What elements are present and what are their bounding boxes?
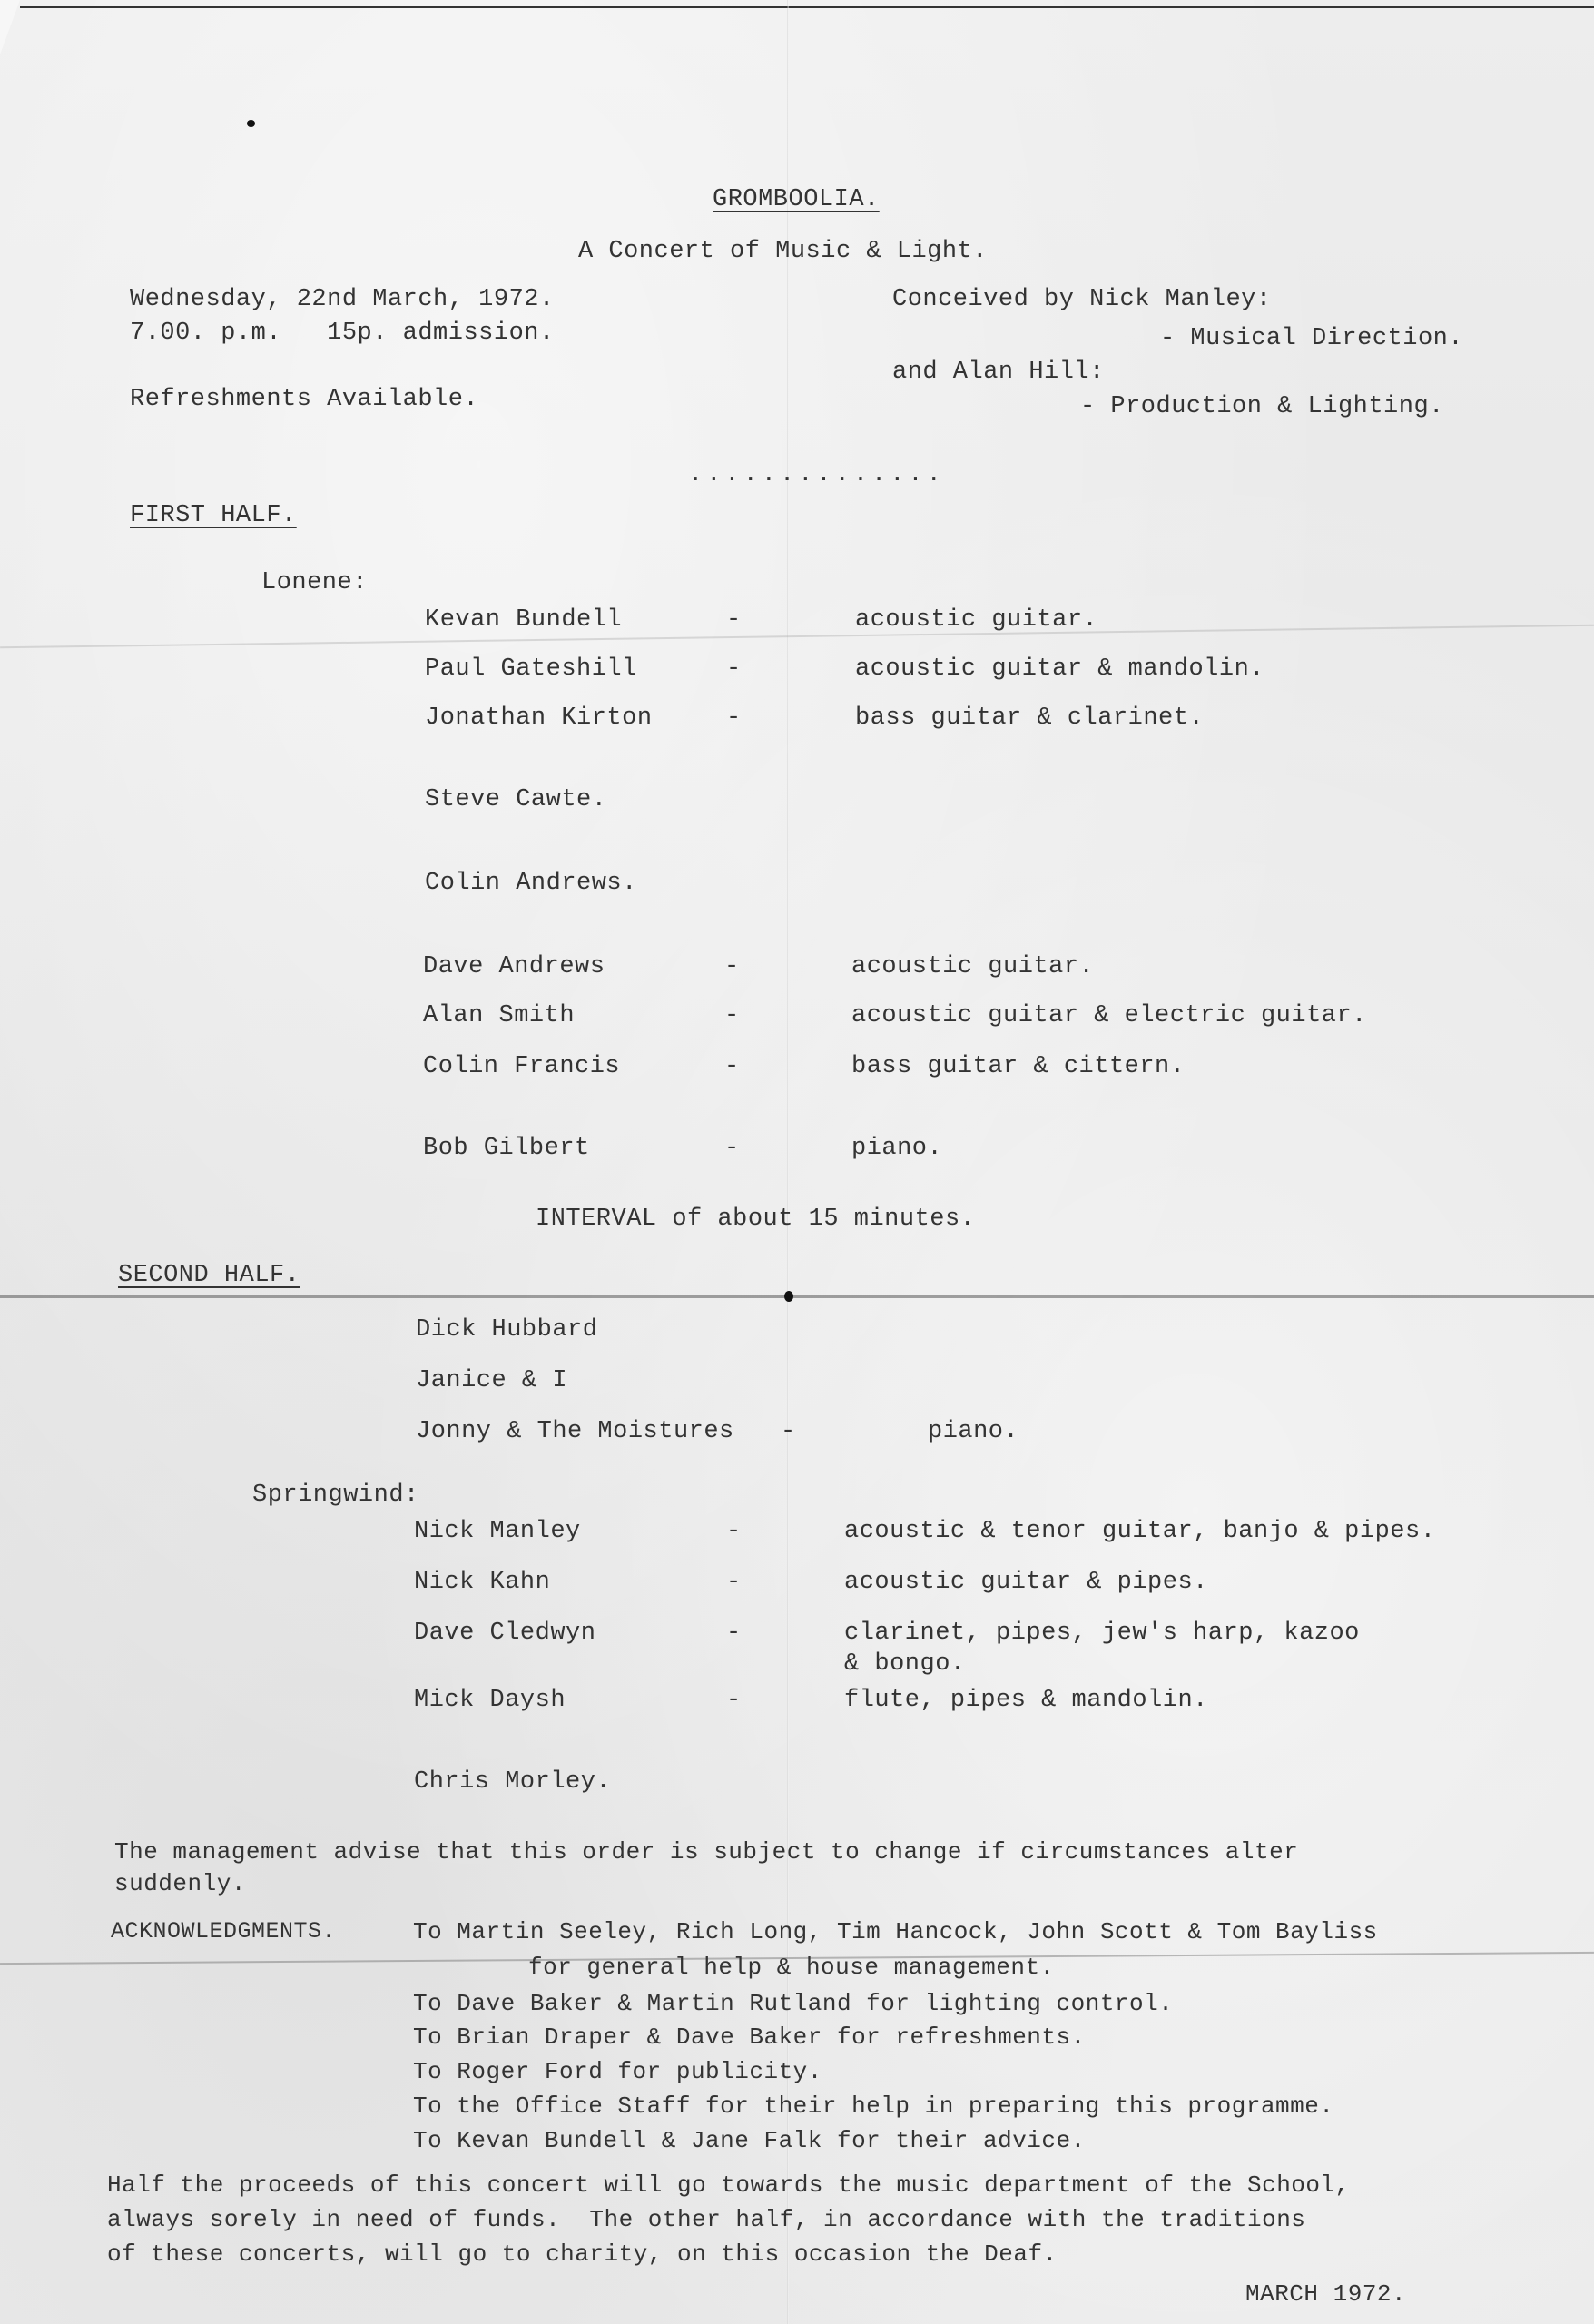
separator-dots: .............. <box>688 461 945 488</box>
performer-instrument: acoustic guitar & pipes. <box>844 1569 1208 1596</box>
event-time-admission: 7.00. p.m. 15p. admission. <box>130 320 555 347</box>
performer-name: Dave Andrews <box>423 953 605 980</box>
separator-dash: - <box>726 1687 742 1714</box>
performer-instrument: acoustic guitar & electric guitar. <box>851 1002 1367 1029</box>
performer-name: Mick Daysh <box>414 1687 566 1714</box>
group-name: Springwind: <box>252 1482 419 1509</box>
performer-instrument: acoustic guitar. <box>851 953 1094 980</box>
performer-name: Nick Manley <box>414 1518 581 1545</box>
acknowledgements-heading: ACKNOWLEDGMENTS. <box>111 1918 336 1945</box>
performer-name: Colin Andrews. <box>425 870 637 897</box>
performer-name: Dick Hubbard <box>416 1316 597 1344</box>
acknowledgement-line: To Kevan Bundell & Jane Falk for their a… <box>413 2127 1086 2154</box>
separator-dash: - <box>724 1135 740 1162</box>
separator-dash: - <box>724 953 740 980</box>
performer-instrument-continued: & bongo. <box>844 1650 966 1678</box>
separator-dash: - <box>726 606 742 634</box>
separator-dash: - <box>726 704 742 732</box>
paper-top-edge <box>20 6 1594 8</box>
proceeds-paragraph: always sorely in need of funds. The othe… <box>107 2206 1305 2233</box>
acknowledgement-line: To Brian Draper & Dave Baker for refresh… <box>413 2024 1086 2051</box>
credit-line: and Alan Hill: <box>892 359 1105 386</box>
separator-dash: - <box>726 655 742 683</box>
performer-name: Colin Francis <box>423 1053 620 1080</box>
performer-name: Chris Morley. <box>414 1768 611 1796</box>
document-title: GROMBOOLIA. <box>713 186 880 213</box>
group-name: Lonene: <box>261 569 368 596</box>
performer-instrument: clarinet, pipes, jew's harp, kazoo <box>844 1620 1360 1647</box>
section-heading-second-half: SECOND HALF. <box>118 1262 300 1289</box>
separator-dash: - <box>726 1620 742 1647</box>
acknowledgement-line: for general help & house management. <box>528 1954 1055 1981</box>
performer-name: Nick Kahn <box>414 1569 550 1596</box>
performer-name: Janice & I <box>416 1367 567 1394</box>
separator-dash: - <box>724 1053 740 1080</box>
horizontal-fold-crease <box>0 1295 1594 1298</box>
performer-name: Alan Smith <box>423 1002 575 1029</box>
credit-line: - Musical Direction. <box>1160 325 1463 352</box>
performer-instrument: piano. <box>851 1135 942 1162</box>
performer-instrument: flute, pipes & mandolin. <box>844 1687 1208 1714</box>
performer-instrument: bass guitar & cittern. <box>851 1053 1185 1080</box>
acknowledgement-line: To Martin Seeley, Rich Long, Tim Hancock… <box>413 1918 1378 1945</box>
section-heading-first-half: FIRST HALF. <box>130 502 297 529</box>
performer-name: Bob Gilbert <box>423 1135 590 1162</box>
management-notice: The management advise that this order is… <box>114 1838 1298 1866</box>
event-date: Wednesday, 22nd March, 1972. <box>130 286 555 313</box>
proceeds-paragraph: Half the proceeds of this concert will g… <box>107 2171 1350 2199</box>
performer-name: Steve Cawte. <box>425 786 606 813</box>
performer-name: Jonathan Kirton <box>425 704 653 732</box>
ink-speck <box>784 1291 793 1302</box>
performer-name: Dave Cledwyn <box>414 1620 595 1647</box>
credit-line: Conceived by Nick Manley: <box>892 286 1272 313</box>
proceeds-paragraph: of these concerts, will go to charity, o… <box>107 2240 1058 2268</box>
separator-dash: - <box>781 1418 796 1445</box>
acknowledgement-line: To Dave Baker & Martin Rutland for light… <box>413 1990 1173 2017</box>
separator-dash: - <box>724 1002 740 1029</box>
performer-instrument: acoustic & tenor guitar, banjo & pipes. <box>844 1518 1435 1545</box>
performer-instrument: bass guitar & clarinet. <box>855 704 1204 732</box>
document-subtitle: A Concert of Music & Light. <box>578 238 988 265</box>
acknowledgement-line: To the Office Staff for their help in pr… <box>413 2093 1333 2120</box>
performer-name: Kevan Bundell <box>425 606 622 634</box>
performer-instrument: acoustic guitar. <box>855 606 1097 634</box>
acknowledgement-line: To Roger Ford for publicity. <box>413 2058 822 2085</box>
ink-speck <box>247 120 255 127</box>
credit-line: - Production & Lighting. <box>1080 393 1444 420</box>
interval-note: INTERVAL of about 15 minutes. <box>536 1206 975 1233</box>
separator-dash: - <box>726 1518 742 1545</box>
performer-name: Paul Gateshill <box>425 655 637 683</box>
management-notice: suddenly. <box>114 1870 246 1897</box>
performer-instrument: acoustic guitar & mandolin. <box>855 655 1264 683</box>
separator-dash: - <box>726 1569 742 1596</box>
footer-date: MARCH 1972. <box>1245 2280 1406 2308</box>
performer-name: Jonny & The Moistures <box>416 1418 734 1445</box>
refreshments-note: Refreshments Available. <box>130 386 478 413</box>
performer-instrument: piano. <box>928 1418 1018 1445</box>
